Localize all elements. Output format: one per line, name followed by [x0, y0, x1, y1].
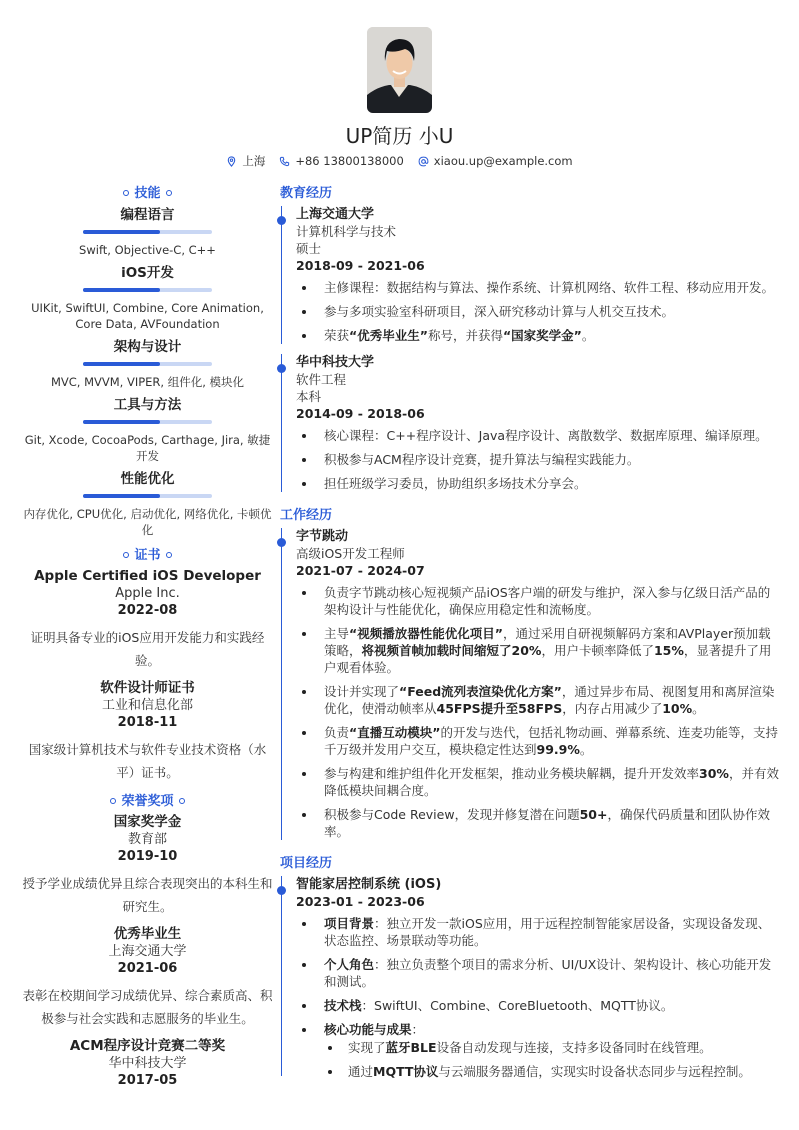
timeline-dot-icon: [277, 886, 286, 895]
circle-icon: [110, 798, 116, 804]
skill-level-bar: [83, 420, 212, 424]
timeline-dot-icon: [277, 364, 286, 373]
education-entry: 上海交通大学 计算机科学与技术 硕士 2018-09 - 2021-06 主修课…: [281, 206, 780, 344]
bullet-list: 项目背景：独立开发一款iOS应用，用于远程控制智能家居设备，实现设备发现、状态监…: [296, 915, 780, 1038]
award-item: 国家奖学金 教育部 2019-10 授予学业成绩优异且综合表现突出的本科生和研究…: [20, 814, 275, 918]
skill-item: 工具与方法 Git, Xcode, CocoaPods, Carthage, J…: [20, 394, 275, 464]
timeline-dot-icon: [277, 216, 286, 225]
contact-phone[interactable]: +86 13800138000: [279, 153, 403, 169]
circle-icon: [123, 190, 129, 196]
list-item: 参与多项实验室科研项目，深入研究移动计算与人机交互技术。: [296, 303, 780, 320]
skill-level-bar: [83, 362, 212, 366]
skill-level-bar: [83, 288, 212, 292]
bullet-list: 核心课程：C++程序设计、Java程序设计、离散数学、数据库原理、编译原理。积极…: [296, 427, 780, 492]
list-item: 设计并实现了“Feed流列表渲染优化方案”，通过异步布局、视图复用和离屏渲染优化…: [296, 683, 780, 717]
circle-icon: [123, 552, 129, 558]
skills-section-title: 技能: [20, 184, 275, 204]
list-item: 项目背景：独立开发一款iOS应用，用于远程控制智能家居设备，实现设备发现、状态监…: [296, 915, 780, 949]
candidate-name: UP简历 小U: [0, 120, 799, 149]
list-item: 积极参与ACM程序设计竞赛，提升算法与编程实践能力。: [296, 451, 780, 468]
list-item: 核心课程：C++程序设计、Java程序设计、离散数学、数据库原理、编译原理。: [296, 427, 780, 444]
award-item: ACM程序设计竞赛二等奖 华中科技大学 2017-05: [20, 1038, 275, 1090]
contact-email[interactable]: xiaou.up@example.com: [418, 153, 573, 169]
list-item: 主修课程：数据结构与算法、操作系统、计算机网络、软件工程、移动应用开发。: [296, 279, 780, 296]
work-section-title: 工作经历: [280, 506, 780, 528]
list-item: 技术栈：SwiftUI、Combine、CoreBluetooth、MQTT协议…: [296, 997, 780, 1014]
project-entry: 智能家居控制系统 (iOS) 2023-01 - 2023-06 项目背景：独立…: [281, 876, 780, 1076]
at-sign-icon: [418, 156, 429, 167]
list-item: 负责“直播互动模块”的开发与迭代，包括礼物动画、弹幕系统、连麦功能等，支持千万级…: [296, 724, 780, 758]
circle-icon: [179, 798, 185, 804]
profile-photo: [367, 27, 432, 113]
list-item: 个人角色：独立负责整个项目的需求分析、UI/UX设计、架构设计、核心功能开发和测…: [296, 956, 780, 990]
certificates-section-title: 证书: [20, 546, 275, 566]
skill-level-bar: [83, 494, 212, 498]
sub-bullet-list: 实现了蓝牙BLE设备自动发现与连接，支持多设备同时在线管理。通过MQTT协议与云…: [296, 1039, 780, 1080]
work-entry: 字节跳动 高级iOS开发工程师 2021-07 - 2024-07 负责字节跳动…: [281, 528, 780, 840]
list-item: 实现了蓝牙BLE设备自动发现与连接，支持多设备同时在线管理。: [322, 1039, 780, 1056]
list-item: 参与构建和维护组件化开发框架，推动业务模块解耦，提升开发效率30%，并有效降低模…: [296, 765, 780, 799]
contact-bar: 上海 +86 13800138000 xiaou.up@example.com: [0, 153, 799, 169]
skill-item: 性能优化 内存优化, CPU优化, 启动优化, 网络优化, 卡顿优化: [20, 468, 275, 538]
sidebar: 技能 编程语言 Swift, Objective-C, C++ iOS开发 UI…: [20, 184, 275, 1090]
circle-icon: [166, 190, 172, 196]
education-section-title: 教育经历: [280, 184, 780, 206]
phone-icon: [279, 156, 290, 167]
skill-item: iOS开发 UIKit, SwiftUI, Combine, Core Anim…: [20, 262, 275, 332]
list-item: 核心功能与成果：: [296, 1021, 780, 1038]
projects-section-title: 项目经历: [280, 854, 780, 876]
main-content: 教育经历 上海交通大学 计算机科学与技术 硕士 2018-09 - 2021-0…: [280, 184, 780, 1076]
list-item: 通过MQTT协议与云端服务器通信，实现实时设备状态同步与远程控制。: [322, 1063, 780, 1080]
list-item: 担任班级学习委员，协助组织多场技术分享会。: [296, 475, 780, 492]
list-item: 负责字节跳动核心短视频产品iOS客户端的研发与维护，深入参与亿级日活产品的架构设…: [296, 584, 780, 618]
location-pin-icon: [226, 156, 237, 167]
list-item: 主导“视频播放器性能优化项目”，通过采用自研视频解码方案和AVPlayer预加载…: [296, 625, 780, 676]
bullet-list: 负责字节跳动核心短视频产品iOS客户端的研发与维护，深入参与亿级日活产品的架构设…: [296, 584, 780, 840]
contact-location: 上海: [226, 153, 265, 169]
timeline-dot-icon: [277, 538, 286, 547]
certificate-item: 软件设计师证书 工业和信息化部 2018-11 国家级计算机技术与软件专业技术资…: [20, 680, 275, 784]
bullet-list: 主修课程：数据结构与算法、操作系统、计算机网络、软件工程、移动应用开发。参与多项…: [296, 279, 780, 344]
education-entry: 华中科技大学 软件工程 本科 2014-09 - 2018-06 核心课程：C+…: [281, 354, 780, 492]
skill-item: 编程语言 Swift, Objective-C, C++: [20, 204, 275, 258]
award-item: 优秀毕业生 上海交通大学 2021-06 表彰在校期间学习成绩优异、综合素质高、…: [20, 926, 275, 1030]
circle-icon: [166, 552, 172, 558]
skill-item: 架构与设计 MVC, MVVM, VIPER, 组件化, 模块化: [20, 336, 275, 390]
certificate-item: Apple Certified iOS Developer Apple Inc.…: [20, 568, 275, 672]
awards-section-title: 荣誉奖项: [20, 792, 275, 812]
list-item: 积极参与Code Review，发现并修复潜在问题50+，确保代码质量和团队协作…: [296, 806, 780, 840]
skill-level-bar: [83, 230, 212, 234]
list-item: 荣获“优秀毕业生”称号，并获得“国家奖学金”。: [296, 327, 780, 344]
